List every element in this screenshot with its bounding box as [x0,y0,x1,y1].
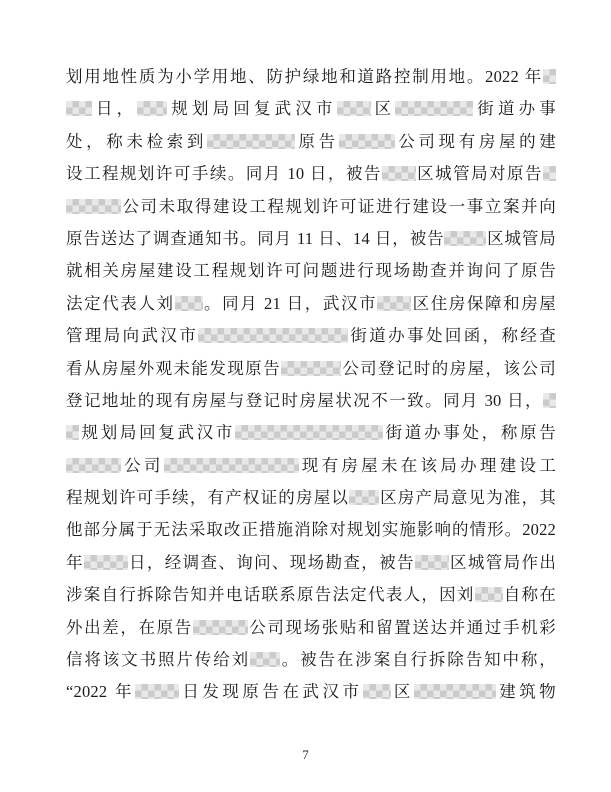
text-segment: 区 [391,682,414,701]
text-line: 日，规划局回复武汉市区街道办事 [66,93,556,125]
redaction-block [164,458,299,473]
document-text-block: 划用地性质为小学用地、防护绿地和道路控制用地。2022 年日，规划局回复武汉市区… [66,61,556,709]
redaction-block [175,296,203,311]
redaction-block [198,328,348,343]
redaction-block [543,166,556,181]
redaction-block [349,490,379,505]
text-segment: 现有房屋未在该局办理建设工 [299,456,556,475]
redaction-block [377,296,411,311]
text-line: 看从房屋外观未能发现原告公司登记时的房屋，该公司 [66,353,556,385]
text-segment: 外出差，在原告 [66,618,193,637]
text-segment: 日发现原告在武汉市 [179,682,363,701]
redaction-block [395,101,473,116]
text-segment: 自称在 [503,585,556,604]
redaction-block [543,69,556,84]
text-line: 规划局回复武汉市街道办事处，称原告 [66,417,556,449]
text-segment: 划用地性质为小学用地、防护绿地和道路控制用地。2022 年 [66,67,543,86]
text-segment: 看从房屋外观未能发现原告 [66,359,281,378]
redaction-block [414,684,496,699]
redaction-block [363,684,391,699]
text-segment: 年 [66,553,84,572]
text-segment: “2022 年 [66,682,135,701]
text-segment: 原告送达了调查通知书。同月 11 日、14 日，被告 [66,229,444,248]
redaction-block [339,134,395,149]
text-segment: 公司未取得建设工程规划许可证进行建设一事立案并向 [121,197,556,216]
text-line: 登记地址的现有房屋与登记时房屋状况不一致。同月 30 日， [66,385,556,417]
text-segment: 建筑物 [496,682,556,701]
text-line: 公司未取得建设工程规划许可证进行建设一事立案并向 [66,191,556,223]
redaction-block [137,101,167,116]
text-segment: 日， [92,99,137,118]
page-number: 7 [0,747,611,763]
text-segment: 就相关房屋建设工程规划许可问题进行现场勘查并询问了原告 [66,261,556,280]
text-line: 信将该文书照片传给刘。被告在涉案自行拆除告知中称， [66,644,556,676]
text-line: 他部分属于无法采取改正措施消除对规划实施影响的情形。2022 [66,514,556,546]
text-segment: 他部分属于无法采取改正措施消除对规划实施影响的情形。2022 [66,520,556,539]
redaction-block [337,101,371,116]
text-segment: 信将该文书照片传给刘 [66,650,250,669]
text-segment: 公司登记时的房屋，该公司 [341,359,556,378]
text-line: 管理局向武汉市街道办事处回函，称经查 [66,320,556,352]
redaction-block [475,587,503,602]
text-segment: 街道办事 [473,99,556,118]
text-line: 涉案自行拆除告知并电话联系原告法定代表人，因刘自称在 [66,579,556,611]
text-line: 原告送达了调查通知书。同月 11 日、14 日，被告区城管局 [66,223,556,255]
text-line: 程规划许可手续，有产权证的房屋以区房产局意见为准，其 [66,482,556,514]
redaction-block [444,231,486,246]
text-segment: 区房产局意见为准，其 [379,488,556,507]
text-segment: 。同月 21 日，武汉市 [203,294,378,313]
redaction-block [66,458,121,473]
redaction-block [84,555,128,570]
redaction-block [66,199,121,214]
text-segment: 处，称未检索到 [66,132,207,151]
text-segment: 公司现有房屋的建 [395,132,556,151]
text-segment: 规划局回复武汉市 [167,99,336,118]
redaction-block [193,620,248,635]
text-line: 公司现有房屋未在该局办理建设工 [66,450,556,482]
text-segment: 登记地址的现有房屋与登记时房屋状况不一致。同月 30 日， [66,391,543,410]
text-segment: 街道办事处，称原告 [383,423,556,442]
redaction-block [543,393,556,408]
text-line: 划用地性质为小学用地、防护绿地和道路控制用地。2022 年 [66,61,556,93]
redaction-block [281,361,341,376]
redaction-block [207,134,295,149]
redaction-block [415,555,449,570]
document-page: 划用地性质为小学用地、防护绿地和道路控制用地。2022 年日，规划局回复武汉市区… [0,0,611,792]
text-segment: 设工程规划许可手续。同月 10 日，被告 [66,164,382,183]
text-line: 法定代表人刘。同月 21 日，武汉市区住房保障和房屋 [66,288,556,320]
text-line: 外出差，在原告公司现场张贴和留置送达并通过手机彩 [66,612,556,644]
redaction-block [66,101,92,116]
text-segment: 街道办事处回函，称经查 [348,326,556,345]
text-segment: 日，经调查、询问、现场勘查，被告 [128,553,415,572]
text-segment: 规划局回复武汉市 [79,423,235,442]
text-segment: 程规划许可手续，有产权证的房屋以 [66,488,349,507]
text-line: 就相关房屋建设工程规划许可问题进行现场勘查并询问了原告 [66,255,556,287]
redaction-block [66,425,79,440]
text-segment: 公司现场张贴和留置送达并通过手机彩 [248,618,556,637]
text-segment: 区城管局 [486,229,556,248]
redaction-block [135,684,179,699]
text-segment: 涉案自行拆除告知并电话联系原告法定代表人，因刘 [66,585,475,604]
redaction-block [382,166,416,181]
text-segment: 管理局向武汉市 [66,326,198,345]
text-segment: 区 [371,99,396,118]
text-line: 处，称未检索到原告公司现有房屋的建 [66,126,556,158]
text-line: 年日，经调查、询问、现场勘查，被告区城管局作出 [66,547,556,579]
redaction-block [250,652,280,667]
text-segment: 。被告在涉案自行拆除告知中称， [280,650,556,669]
text-segment: 法定代表人刘 [66,294,175,313]
text-line: “2022 年日发现原告在武汉市区建筑物 [66,676,556,708]
redaction-block [235,425,383,440]
text-segment: 区住房保障和房屋 [411,294,556,313]
text-line: 设工程规划许可手续。同月 10 日，被告区城管局对原告 [66,158,556,190]
text-segment: 区城管局对原告 [416,164,543,183]
text-segment: 区城管局作出 [449,553,556,572]
text-segment: 公司 [121,456,164,475]
text-segment: 原告 [295,132,339,151]
